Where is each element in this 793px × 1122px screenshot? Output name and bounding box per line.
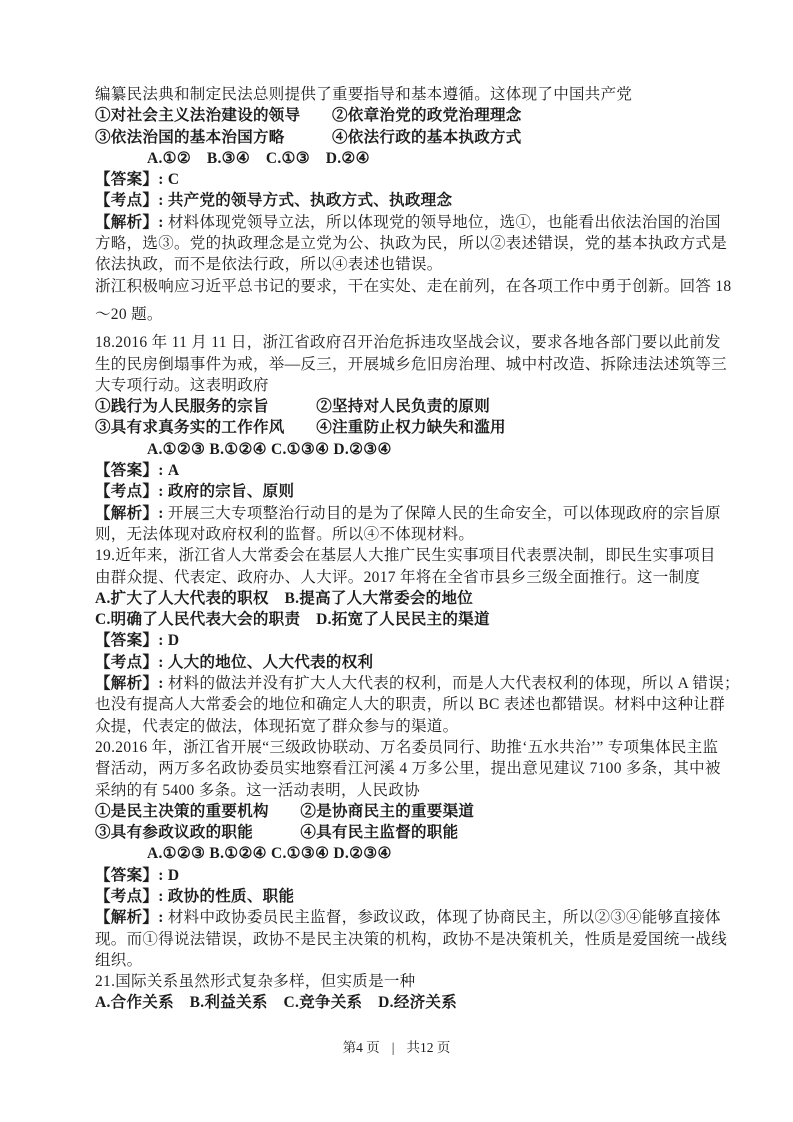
line-text: 材料的做法并没有扩大人大代表的权利，而是人大代表权利的体现，所以 A 错误； <box>164 675 740 692</box>
bracket-label: 【解析】: <box>95 505 164 522</box>
answer-line: 【答案】: D <box>95 865 720 886</box>
analysis-line: 则，无法体现对政府权利的监督。所以④不体现材料。 <box>95 524 720 545</box>
line-text: 材料中政协委员民主监督，参政议政，体现了协商民主，所以②③④能够直接体 <box>164 909 721 926</box>
question-stem-line: 20.2016 年，浙江省开展“三级政协联动、万名委员同行、助推‘五水共治’” … <box>95 737 720 758</box>
analysis-line: 现。而①得说法错误，政协不是民主决策的机构，政协不是决策机关，性质是爱国统一战线 <box>95 929 720 950</box>
footer-page-number: 第4 页 <box>343 1040 380 1055</box>
question-stem-line: 21.国际关系虽然形式复杂多样，但实质是一种 <box>95 971 720 992</box>
line-text: 共产党的领导方式、执政方式、执政理念 <box>164 192 453 209</box>
line-text: 开展三大专项整治行动目的是为了保障人民的生命安全，可以体现政府的宗旨原 <box>164 505 721 522</box>
bracket-label: 【答案】: <box>95 867 164 884</box>
line-text: 政协的性质、职能 <box>164 888 295 905</box>
keypoint-line: 【考点】: 政协的性质、职能 <box>95 886 720 907</box>
choices-line: A.①②③ B.①②④ C.①③④ D.②③④ <box>95 843 720 864</box>
bracket-label: 【解析】: <box>95 909 164 926</box>
answer-line: 【答案】: C <box>95 169 720 190</box>
question-stem-line: 督活动，两万多名政协委员实地察看江河溪 4 万多公里，提出意见建议 7100 多… <box>95 758 720 779</box>
analysis-line: 依法执政，而不是依法行政，所以④表述也错误。 <box>95 254 720 275</box>
line-text: D <box>164 867 180 884</box>
question-stem-line: 浙江积极响应习近平总书记的要求，干在实处、走在前列，在各项工作中勇于创新。回答 … <box>95 276 720 297</box>
keypoint-line: 【考点】: 共产党的领导方式、执政方式、执政理念 <box>95 190 720 211</box>
document-body: 编纂民法典和制定民法总则提供了重要指导和基本遵循。这体现了中国共产党①对社会主义… <box>95 84 720 1014</box>
analysis-line: 也没有提高人大常委会的地位和确定人大的职责，所以 BC 表述也都错误。材料中这种… <box>95 694 720 715</box>
choices-line: A.①② B.③④ C.①③ D.②④ <box>95 148 720 169</box>
line-text: 材料体现党领导立法，所以体现党的领导地位，选①，也能看出依法治国的治国 <box>164 214 721 231</box>
line-text: D <box>164 632 180 649</box>
bracket-label: 【解析】: <box>95 675 164 692</box>
bracket-label: 【解析】: <box>95 214 164 231</box>
question-stem-line: 生的民房倒塌事件为戒，举—反三，开展城乡危旧房治理、城中村改造、拆除违法述筑等三 <box>95 354 720 375</box>
keypoint-line: 【考点】: 人大的地位、人大代表的权利 <box>95 652 720 673</box>
bracket-label: 【考点】: <box>95 888 164 905</box>
question-stem-line: 大专项行动。这表明政府 <box>95 375 720 396</box>
option-line: ③依法治国的基本治国方略 ④依法行政的基本执政方式 <box>95 127 720 148</box>
choices-line: A.①②③ B.①②④ C.①③④ D.②③④ <box>95 439 720 460</box>
choices-line: A.扩大了人大代表的职权 B.提高了人大常委会的地位 <box>95 588 720 609</box>
question-stem-line: 19.近年来，浙江省人大常委会在基层人大推广民生实事项目代表票决制，即民生实事项… <box>95 545 720 566</box>
line-text: C <box>164 171 180 188</box>
bracket-label: 【考点】: <box>95 483 164 500</box>
bracket-label: 【考点】: <box>95 654 164 671</box>
analysis-line: 方略，选③。党的执政理念是立党为公、执政为民，所以②表述错误，党的基本执政方式是 <box>95 233 720 254</box>
bracket-label: 【答案】: <box>95 462 164 479</box>
choices-line: C.明确了人民代表大会的职责 D.拓宽了人民民主的渠道 <box>95 609 720 630</box>
line-text: A <box>164 462 180 479</box>
answer-line: 【答案】: D <box>95 630 720 651</box>
analysis-line: 组织。 <box>95 950 720 971</box>
question-stem-line: 由群众提、代表定、政府办、人大评。2017 年将在全省市县乡三级全面推行。这一制… <box>95 567 720 588</box>
analysis-line: 【解析】: 材料中政协委员民主监督，参政议政，体现了协商民主，所以②③④能够直接… <box>95 907 720 928</box>
question-stem-line: 18.2016 年 11 月 11 日，浙江省政府召开治危拆违攻坚战会议，要求各… <box>95 332 720 353</box>
analysis-line: 众提，代表定的做法，体现拓宽了群众参与的渠道。 <box>95 716 720 737</box>
footer-separator: | <box>392 1040 395 1055</box>
line-text: 政府的宗旨、原则 <box>164 483 295 500</box>
analysis-line: 【解析】: 材料的做法并没有扩大人大代表的权利，而是人大代表权利的体现，所以 A… <box>95 673 720 694</box>
bracket-label: 【答案】: <box>95 171 164 188</box>
answer-line: 【答案】: A <box>95 460 720 481</box>
analysis-line: 【解析】: 材料体现党领导立法，所以体现党的领导地位，选①，也能看出依法治国的治… <box>95 212 720 233</box>
page-footer: 第4 页|共12 页 <box>0 1036 793 1056</box>
footer-total-pages: 共12 页 <box>406 1040 450 1055</box>
keypoint-line: 【考点】: 政府的宗旨、原则 <box>95 481 720 502</box>
option-line: ③具有求真务实的工作作风 ④注重防止权力缺失和滥用 <box>95 417 720 438</box>
analysis-line: 【解析】: 开展三大专项整治行动目的是为了保障人民的生命安全，可以体现政府的宗旨… <box>95 503 720 524</box>
exam-document-page: 编纂民法典和制定民法总则提供了重要指导和基本遵循。这体现了中国共产党①对社会主义… <box>0 0 793 1122</box>
bracket-label: 【答案】: <box>95 632 164 649</box>
choices-line: A.合作关系 B.利益关系 C.竞争关系 D.经济关系 <box>95 992 720 1013</box>
option-line: ①对社会主义法治建设的领导 ②依章治党的政党治理理念 <box>95 105 720 126</box>
question-stem-line: 采纳的有 5400 多条。这一活动表明，人民政协 <box>95 780 720 801</box>
option-line: ①是民主决策的重要机构 ②是协商民主的重要渠道 <box>95 801 720 822</box>
bracket-label: 【考点】: <box>95 192 164 209</box>
question-stem-line: 编纂民法典和制定民法总则提供了重要指导和基本遵循。这体现了中国共产党 <box>95 84 720 105</box>
line-text: 人大的地位、人大代表的权利 <box>164 654 374 671</box>
option-line: ①践行为人民服务的宗旨 ②坚持对人民负责的原则 <box>95 396 720 417</box>
question-stem-line: 〜20 题。 <box>95 304 720 325</box>
option-line: ③具有参政议政的职能 ④具有民主监督的职能 <box>95 822 720 843</box>
